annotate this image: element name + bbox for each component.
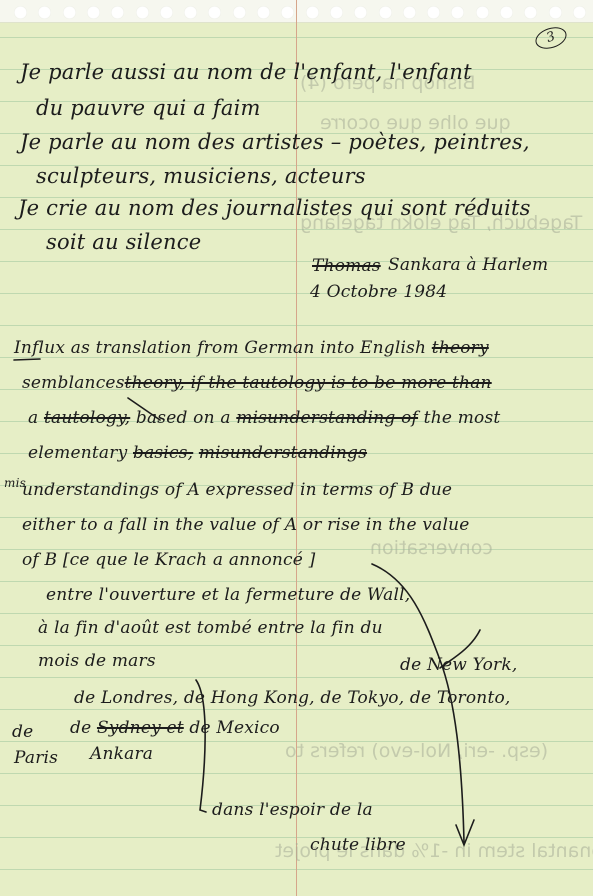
- notebook-page: Bishop na pero (4) que olhe que ocorre T…: [0, 0, 593, 896]
- underline-mark: [14, 359, 40, 360]
- long-arrow: [372, 564, 464, 842]
- insertion-arrow: [128, 398, 160, 420]
- arrow-head: [456, 820, 474, 845]
- annotation-arrows: [0, 0, 593, 896]
- connector-arrow: [196, 680, 206, 812]
- connector-line: [440, 630, 480, 668]
